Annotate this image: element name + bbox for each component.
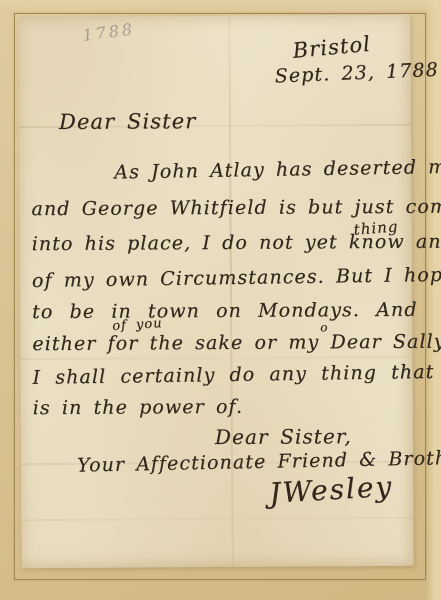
- letter-page: 1788 Bristol Sept. 23, 1788 Dear Sister …: [18, 15, 413, 568]
- closing-salutation: Dear Sister,: [215, 424, 352, 449]
- body-line-2: and George Whitfield is but just come: [31, 196, 441, 221]
- body-line-4: of my own Circumstances. But I hope: [32, 264, 441, 292]
- body-line-5: to be in town on Mondays. And: [32, 299, 418, 323]
- signature: JWesley: [268, 470, 394, 510]
- vertical-fold-crease: [228, 16, 233, 567]
- mat-edge-right: [426, 0, 441, 600]
- letter-place: Bristol: [292, 32, 372, 63]
- body-line-8: is in the power of.: [33, 396, 243, 419]
- interlinear-insertion-thing: thing: [353, 217, 399, 238]
- body-line-6: either for the sake or my Dear Sally,: [32, 331, 441, 356]
- horizontal-fold-crease-middle: [20, 356, 412, 360]
- body-line-7: I shall certainly do any thing that: [32, 361, 434, 389]
- interlinear-insertion-of-you: of you: [112, 316, 163, 334]
- horizontal-fold-crease-bottom: [21, 517, 413, 521]
- body-line-1: As John Atlay has deserted me,: [114, 156, 441, 184]
- pencil-year-annotation: 1788: [81, 19, 136, 45]
- letter-salutation: Dear Sister: [59, 109, 197, 134]
- mat-edge-top: [0, 0, 441, 12]
